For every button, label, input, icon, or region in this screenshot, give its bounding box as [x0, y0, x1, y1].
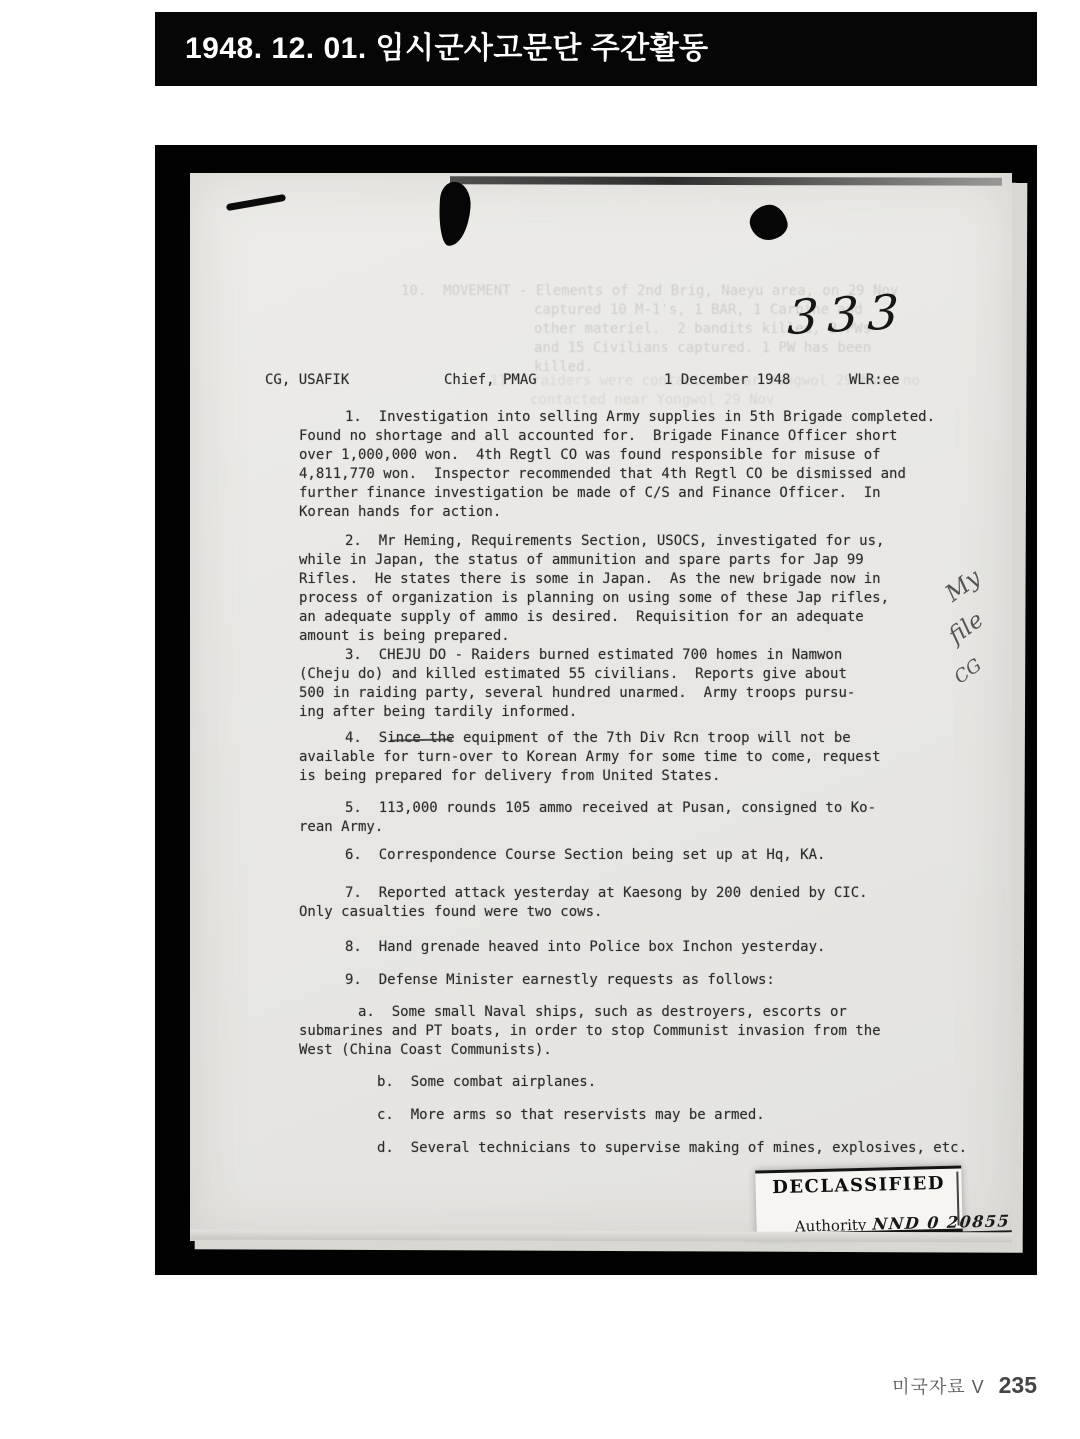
footer: 미국자료 V 235: [892, 1372, 1037, 1399]
footer-page-number: 235: [999, 1372, 1037, 1399]
text-line: Only casualties found were two cows.: [299, 903, 959, 922]
text-line: available for turn-over to Korean Army f…: [299, 748, 959, 767]
scanned-document-area: 10. MOVEMENT - Elements of 2nd Brig, Nae…: [155, 145, 1037, 1275]
text-line: 7. Reported attack yesterday at Kaesong …: [299, 884, 959, 903]
text-line: Korean hands for action.: [299, 503, 959, 522]
footer-series-label: 미국자료 V: [892, 1373, 985, 1399]
stamp-authority-label: Authority: [795, 1216, 867, 1236]
text-line: ing after being tardily informed.: [299, 703, 959, 722]
stamp-authority: AuthorityNND 0 20855: [756, 1194, 963, 1256]
subitem-c: c. More arms so that reservists may be a…: [299, 1106, 959, 1125]
text-line: 9. Defense Minister earnestly requests a…: [299, 971, 959, 990]
stamp-authority-value: NND 0 20855: [870, 1211, 1013, 1236]
paragraph-6: 6. Correspondence Course Section being s…: [299, 846, 959, 865]
declassified-stamp: DECLASSIFIED AuthorityNND 0 20855: [755, 1165, 963, 1237]
text-line: amount is being prepared.: [299, 627, 959, 646]
text-line: Rifles. He states there is some in Japan…: [299, 570, 959, 589]
page-edge-band: [450, 176, 1002, 185]
text-line: 8. Hand grenade heaved into Police box I…: [299, 938, 959, 957]
text-line: d. Several technicians to supervise maki…: [299, 1139, 959, 1158]
text-line: an adequate supply of ammo is desired. R…: [299, 608, 959, 627]
paragraph-2: 2. Mr Heming, Requirements Section, USOC…: [299, 532, 959, 646]
text-line: rean Army.: [299, 818, 959, 837]
text-line: 4,811,770 won. Inspector recommended tha…: [299, 465, 959, 484]
text-line: 6. Correspondence Course Section being s…: [299, 846, 959, 865]
paragraph-9: 9. Defense Minister earnestly requests a…: [299, 971, 959, 990]
subitem-b: b. Some combat airplanes.: [299, 1073, 959, 1092]
text-line: process of organization is planning on u…: [299, 589, 959, 608]
document-page: 10. MOVEMENT - Elements of 2nd Brig, Nae…: [190, 173, 1012, 1241]
paragraph-1: 1. Investigation into selling Army suppl…: [299, 408, 959, 522]
text-line: further finance investigation be made of…: [299, 484, 959, 503]
paragraph-4: 4. Since the equipment of the 7th Div Rc…: [299, 729, 959, 786]
page-title: 1948. 12. 01. 임시군사고문단 주간활동: [155, 34, 709, 64]
text-line: 3. CHEJU DO - Raiders burned estimated 7…: [299, 646, 959, 665]
text-line: (Cheju do) and killed estimated 55 civil…: [299, 665, 959, 684]
text-line: over 1,000,000 won. 4th Regtl CO was fou…: [299, 446, 959, 465]
text-line: 500 in raiding party, several hundred un…: [299, 684, 959, 703]
text-line: is being prepared for delivery from Unit…: [299, 767, 959, 786]
torn-hole: [437, 181, 472, 247]
text-line: submarines and PT boats, in order to sto…: [299, 1022, 959, 1041]
ink-mark: [226, 194, 286, 211]
paragraph-8: 8. Hand grenade heaved into Police box I…: [299, 938, 959, 957]
subitem-a: a. Some small Naval ships, such as destr…: [299, 1003, 959, 1060]
title-bar: 1948. 12. 01. 임시군사고문단 주간활동: [155, 12, 1037, 86]
routing-date: 1 December 1948: [664, 372, 790, 388]
torn-hole: [747, 202, 790, 244]
page: { "colors":{"header_bg":"#060606","heade…: [0, 0, 1080, 1439]
routing-from: CG, USAFIK: [265, 372, 349, 388]
text-line: Found no shortage and all accounted for.…: [299, 427, 959, 446]
text-line: c. More arms so that reservists may be a…: [299, 1106, 959, 1125]
text-line: 2. Mr Heming, Requirements Section, USOC…: [299, 532, 959, 551]
paragraph-3: 3. CHEJU DO - Raiders burned estimated 7…: [299, 646, 959, 722]
handwritten-page-number: 333: [781, 284, 914, 346]
paragraph-5: 5. 113,000 rounds 105 ammo received at P…: [299, 799, 959, 837]
text-line: 1. Investigation into selling Army suppl…: [299, 408, 959, 427]
subitem-d: d. Several technicians to supervise maki…: [299, 1139, 959, 1158]
routing-to: Chief, PMAG: [444, 372, 537, 388]
text-line: while in Japan, the status of ammunition…: [299, 551, 959, 570]
routing-reference: WLR:ee: [849, 372, 900, 388]
paragraph-7: 7. Reported attack yesterday at Kaesong …: [299, 884, 959, 922]
text-line: a. Some small Naval ships, such as destr…: [299, 1003, 959, 1022]
text-line: 5. 113,000 rounds 105 ammo received at P…: [299, 799, 959, 818]
text-line: b. Some combat airplanes.: [299, 1073, 959, 1092]
text-line: West (China Coast Communists).: [299, 1041, 959, 1060]
